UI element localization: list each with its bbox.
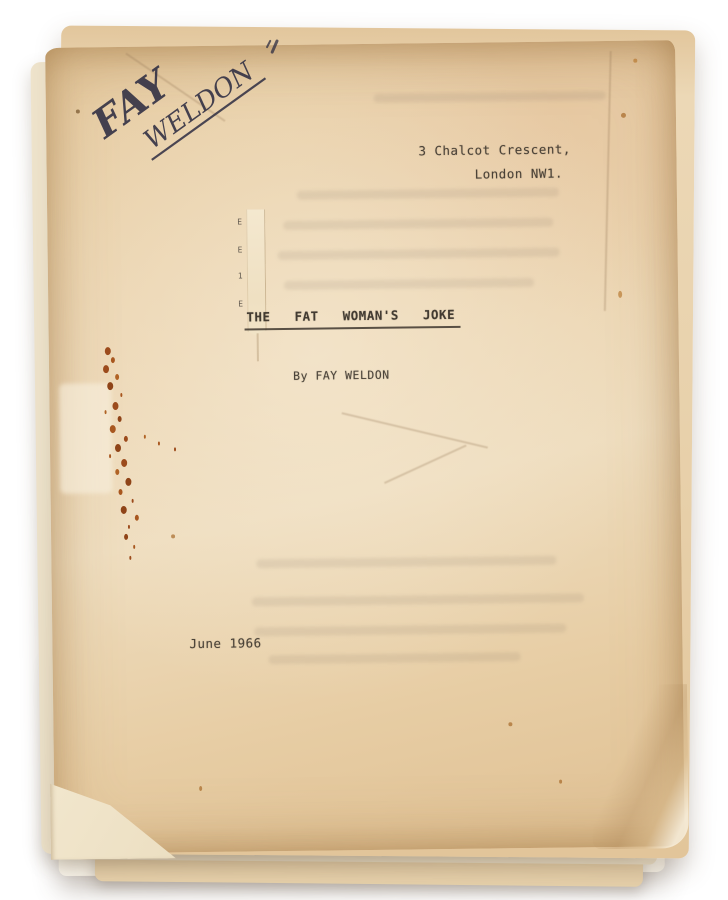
stain-speck bbox=[621, 113, 626, 118]
stain-speck bbox=[171, 534, 175, 538]
stain-speck bbox=[618, 291, 622, 298]
torn-text-fragment: E bbox=[237, 217, 242, 226]
ghost-text-line bbox=[284, 278, 534, 290]
ghost-text-line bbox=[278, 248, 560, 260]
page-curl-bottom-right bbox=[591, 684, 689, 849]
typed-title: THE FAT WOMAN'S JOKE bbox=[244, 307, 460, 331]
stain-speck bbox=[508, 722, 512, 726]
stain-speck bbox=[559, 780, 562, 784]
torn-corner-bottom-left bbox=[50, 746, 176, 860]
ghost-text-line bbox=[256, 556, 556, 569]
light-patch bbox=[59, 383, 112, 494]
tape-crease bbox=[257, 333, 259, 361]
cover-page: E E 1 E FAY WELDON 3 Chalcot Crescent, L… bbox=[45, 40, 685, 854]
stain-speck bbox=[76, 109, 80, 113]
torn-text-fragment: E bbox=[238, 299, 243, 308]
ghost-text-line bbox=[254, 624, 566, 637]
stain-speck bbox=[633, 59, 637, 63]
rust-stain bbox=[105, 347, 111, 355]
ghost-text-line bbox=[297, 188, 559, 200]
ghost-text-line bbox=[283, 218, 553, 230]
typed-date: June 1966 bbox=[189, 635, 261, 651]
ghost-text-line bbox=[374, 91, 606, 103]
torn-text-fragment: E bbox=[238, 245, 243, 254]
torn-text-fragment: 1 bbox=[238, 271, 243, 280]
typed-address-line1: 3 Chalcot Crescent, bbox=[418, 141, 571, 158]
paper-crease bbox=[342, 412, 488, 448]
paper-crease bbox=[604, 51, 611, 311]
ghost-text-line bbox=[269, 652, 521, 664]
manuscript-photo: E E 1 E FAY WELDON 3 Chalcot Crescent, L… bbox=[0, 0, 728, 900]
handwritten-author-name: FAY WELDON bbox=[83, 35, 279, 159]
typed-byline: By FAY WELDON bbox=[293, 368, 390, 383]
ghost-text-line bbox=[252, 593, 584, 606]
typed-address-line2: London NW1. bbox=[475, 166, 563, 182]
stain-speck bbox=[199, 786, 202, 791]
paper-crease bbox=[384, 445, 466, 484]
